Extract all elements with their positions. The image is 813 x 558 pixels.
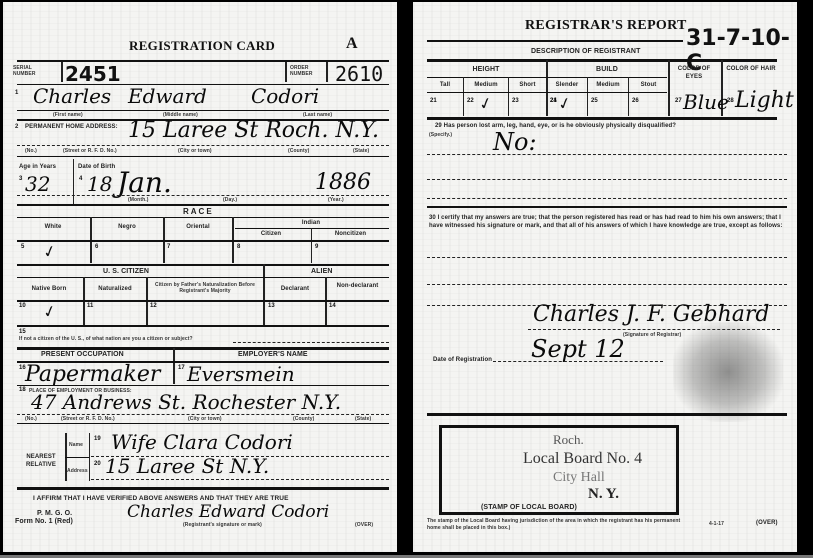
date-of-registration-value: Sept 12 <box>531 335 625 363</box>
registrant-signature: Charles Edward Codori <box>127 502 329 522</box>
caption: (Month.) <box>128 197 149 203</box>
alien-heading: ALIEN <box>311 268 333 275</box>
rule <box>65 457 89 458</box>
over-label: (OVER) <box>355 522 373 528</box>
q29-answer: No: <box>493 128 537 156</box>
alien-col-declarant: Declarant <box>265 286 325 292</box>
serial-number: 2451 <box>65 62 121 86</box>
divider <box>263 264 265 326</box>
height-col-medium: Medium <box>464 82 508 88</box>
field-number: 18 <box>19 387 26 393</box>
race-col-negro: Negro <box>91 224 163 230</box>
caption: (No.) <box>25 416 37 422</box>
date-of-registration-label: Date of Registration <box>433 357 492 363</box>
order-label: ORDER NUMBER <box>290 65 322 77</box>
signature-caption: (Registrant's signature or mark) <box>183 522 262 528</box>
rule <box>427 154 787 155</box>
citizen-col-by-father: Citizen by Father's Naturalization Befor… <box>149 282 261 294</box>
alien-col-nondeclarant: Non-declarant <box>326 283 389 289</box>
field-number: 13 <box>268 303 275 309</box>
field-number: 19 <box>94 436 101 442</box>
rule <box>427 92 667 93</box>
rule <box>17 325 389 327</box>
registration-card-front: REGISTRATION CARD A SERIAL NUMBER 2451 O… <box>3 2 397 552</box>
caption: (State) <box>355 416 371 422</box>
q30-text: 30 I certify that my answers are true; t… <box>429 214 791 230</box>
field-number: 15 <box>19 329 26 335</box>
nearest-relative-label: NEAREST RELATIVE <box>19 453 63 469</box>
field-number: 1 <box>15 90 18 96</box>
rule <box>17 195 389 196</box>
race-col-indian-noncitizen: Noncitizen <box>312 231 389 237</box>
divider <box>173 348 175 384</box>
rule <box>17 277 389 278</box>
name-middle: Edward <box>128 84 207 108</box>
field-number: 26 <box>632 98 639 104</box>
eye-color-value: Blue <box>683 90 729 114</box>
relative-address-label: Address <box>67 468 88 474</box>
stamp-line-4: N. Y. <box>588 486 619 503</box>
rule <box>17 217 389 218</box>
rule <box>17 264 389 266</box>
field-number: 7 <box>167 244 170 250</box>
serial-label: SERIAL NUMBER <box>13 65 39 77</box>
us-citizen-heading: U. S. CITIZEN <box>103 268 149 275</box>
field-number: 27 <box>675 98 682 104</box>
field-number: 28 <box>727 98 734 104</box>
field-number: 9 <box>315 244 318 250</box>
build-col-medium: Medium <box>588 82 628 88</box>
q15-text: If not a citizen of the U. S., of what n… <box>19 336 193 342</box>
rule <box>17 145 389 146</box>
order-number: 2610 <box>335 62 383 86</box>
card-title: REGISTRATION CARD <box>129 38 275 54</box>
card-letter: A <box>346 35 358 53</box>
relative-name-value: Wife Clara Codori <box>111 430 293 454</box>
form-number: Form No. 1 (Red) <box>15 518 73 525</box>
rule <box>427 206 787 208</box>
occupation-heading: PRESENT OCCUPATION <box>41 351 124 358</box>
field-number: 3 <box>19 176 22 182</box>
field-number: 8 <box>237 244 240 250</box>
field-number: 14 <box>329 303 336 309</box>
race-col-oriental: Oriental <box>164 224 232 230</box>
rule <box>427 179 787 180</box>
rule <box>427 413 787 416</box>
field-number: 5 <box>21 244 24 250</box>
height-medium-checkmark: ✓ <box>477 93 495 115</box>
name-first-caption: (First name) <box>53 112 83 118</box>
rule <box>427 284 787 285</box>
stamp-footnote: The stamp of the Local Board having juri… <box>427 518 687 532</box>
stamp-caption: (STAMP OF LOCAL BOARD) <box>481 504 577 511</box>
caption: (No.) <box>25 148 37 154</box>
q29-text: 29 Has person lost arm, leg, hand, eye, … <box>435 123 676 129</box>
relative-name-label: Name <box>69 442 83 448</box>
rule <box>17 240 389 242</box>
rule <box>17 423 389 424</box>
caption: (County) <box>288 148 309 154</box>
affirm-text: I AFFIRM THAT I HAVE VERIFIED ABOVE ANSW… <box>33 495 289 502</box>
home-address: 15 Laree St Roch. N.Y. <box>128 118 379 143</box>
rule <box>17 487 389 490</box>
over-label: (OVER) <box>756 520 778 526</box>
caption: (Street or R. F. D. No.) <box>63 148 117 154</box>
dob-day: 18 <box>87 172 112 196</box>
form-code: P. M. G. O. <box>37 510 72 517</box>
rule <box>427 59 777 62</box>
name-first: Charles <box>33 84 111 108</box>
height-heading: HEIGHT <box>427 66 545 73</box>
field-number: 2 <box>15 124 18 130</box>
relative-address-value: 15 Laree St N.Y. <box>105 454 269 478</box>
rule <box>235 228 389 229</box>
rule <box>17 156 389 157</box>
native-born-checkmark: ✓ <box>41 301 59 323</box>
field-number: 11 <box>87 303 93 309</box>
rule <box>427 40 683 42</box>
rule <box>17 385 389 386</box>
caption: (City or town) <box>178 148 212 154</box>
build-heading: BUILD <box>547 66 667 73</box>
stamp-line-1: Roch. <box>553 432 584 448</box>
divider <box>61 62 63 82</box>
name-last: Codori <box>251 84 319 108</box>
divider <box>285 62 287 82</box>
rule <box>17 110 389 111</box>
height-col-short: Short <box>509 82 546 88</box>
stamp-line-2: Local Board No. 4 <box>523 450 642 468</box>
divider <box>73 159 74 205</box>
home-address-label: PERMANENT HOME ADDRESS: <box>25 124 118 130</box>
rule <box>17 347 389 350</box>
field-number: 12 <box>150 303 157 309</box>
eyes-heading: COLOR OF EYES <box>669 65 719 81</box>
employment-place-value: 47 Andrews St. Rochester N.Y. <box>31 390 341 414</box>
rule <box>91 479 389 480</box>
occupation-value: Papermaker <box>25 362 160 387</box>
caption: (Year.) <box>328 197 344 203</box>
form-reference: 4-1-17 <box>709 521 724 527</box>
hair-heading: COLOR OF HAIR <box>723 65 779 73</box>
caption: (County) <box>293 416 314 422</box>
height-col-tall: Tall <box>427 82 463 88</box>
dob-year: 1886 <box>315 170 371 195</box>
rule <box>427 117 777 120</box>
employer-value: Eversmein <box>187 362 295 386</box>
rule <box>493 361 663 362</box>
age-value: 32 <box>25 172 50 196</box>
race-col-indian: Indian <box>233 220 389 226</box>
field-number: 20 <box>94 461 101 467</box>
build-col-stout: Stout <box>629 82 668 88</box>
field-number: 21 <box>430 98 437 104</box>
divider <box>89 433 90 481</box>
registration-card-back: REGISTRAR'S REPORT 31-7-10-C DESCRIPTION… <box>413 2 797 552</box>
divider <box>326 62 328 82</box>
race-col-white: White <box>17 224 89 230</box>
employer-heading: EMPLOYER'S NAME <box>238 351 308 358</box>
description-heading: DESCRIPTION OF REGISTRANT <box>531 48 640 55</box>
caption: (City or town) <box>188 416 222 422</box>
stamp-line-3: City Hall <box>553 470 605 486</box>
q29-specify: (Specify.) <box>429 132 452 138</box>
ink-blot <box>673 322 783 422</box>
rule <box>17 414 389 415</box>
field-number: 23 <box>512 98 519 104</box>
hair-color-value: Light <box>735 88 794 113</box>
caption: (Street or R. F. D. No.) <box>61 416 115 422</box>
race-col-indian-citizen: Citizen <box>233 231 309 237</box>
age-label: Age in Years <box>19 164 56 170</box>
rule <box>427 257 787 258</box>
race-heading: RACE <box>183 207 214 216</box>
caption: (State) <box>353 148 369 154</box>
build-slender-checkmark: ✓ <box>556 93 574 115</box>
build-col-slender: Slender <box>547 82 587 88</box>
field-number: 10 <box>19 303 26 309</box>
dob-label: Date of Birth <box>78 164 115 170</box>
rule <box>17 300 389 302</box>
field-number: 25 <box>591 98 598 104</box>
field-number: 22 <box>467 98 474 104</box>
rule <box>17 204 389 206</box>
citizen-col-native: Native Born <box>17 286 81 292</box>
field-number: 6 <box>95 244 98 250</box>
rule <box>233 342 389 343</box>
registrars-report-title: REGISTRAR'S REPORT <box>525 18 687 34</box>
caption: (Day.) <box>223 197 237 203</box>
citizen-col-naturalized: Naturalized <box>84 286 146 292</box>
field-number: 17 <box>178 365 185 371</box>
race-white-checkmark: ✓ <box>41 241 59 263</box>
rule <box>427 198 787 199</box>
field-number: 4 <box>79 176 82 182</box>
